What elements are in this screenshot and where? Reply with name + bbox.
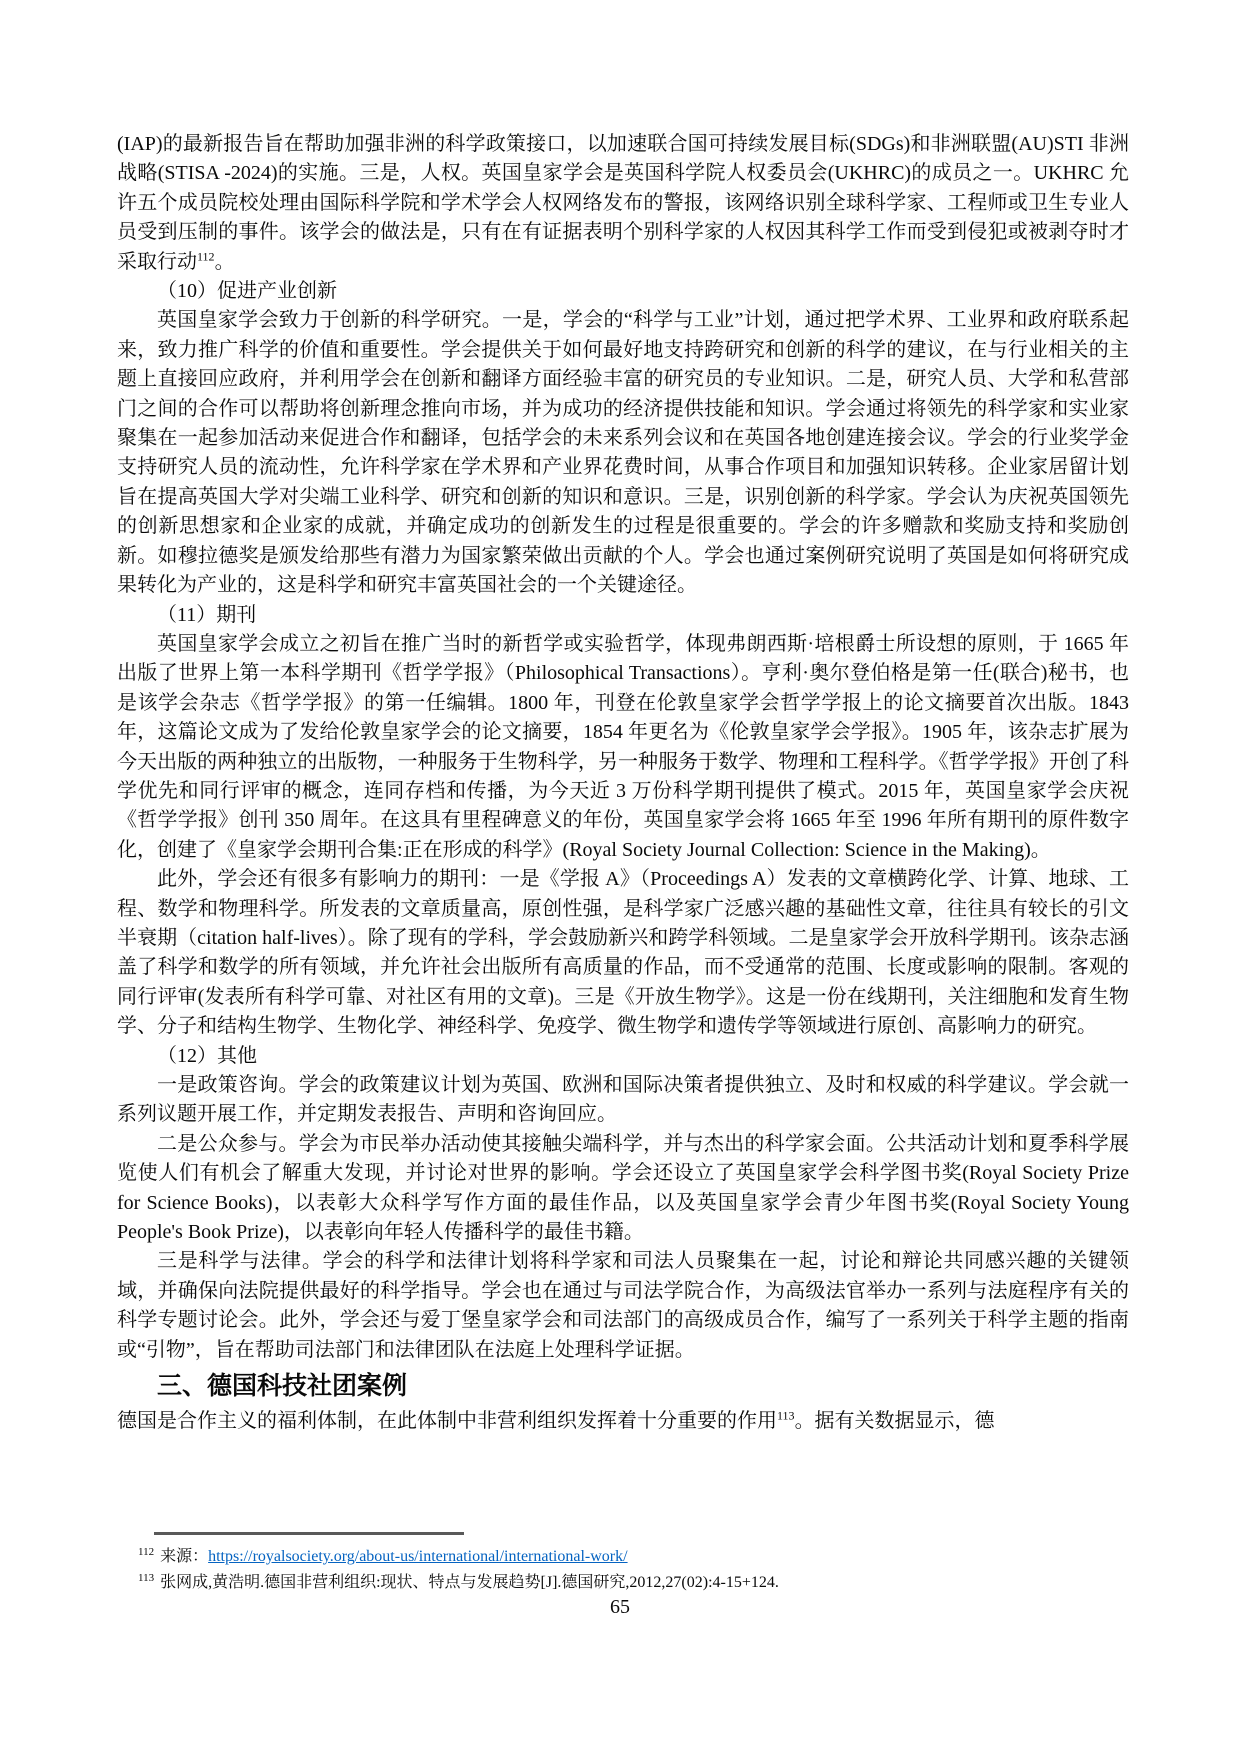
subheading-11-journals: （11）期刊 (117, 601, 1129, 630)
document-page: (IAP)的最新报告旨在帮助加强非洲的科学政策接口，以加速联合国可持续发展目标(… (0, 0, 1240, 1753)
subheading-10-industry-innovation: （10）促进产业创新 (117, 277, 1129, 306)
paragraph-industry-innovation: 英国皇家学会致力于创新的科学研究。一是，学会的“科学与工业”计划，通过把学术界、… (117, 306, 1129, 600)
footnote-area: 112来源：https://royalsociety.org/about-us/… (138, 1532, 1150, 1596)
paragraph-continuation: (IAP)的最新报告旨在帮助加强非洲的科学政策接口，以加速联合国可持续发展目标(… (117, 130, 1129, 277)
paragraph-journals-other: 此外，学会还有很多有影响力的期刊：一是《学报 A》（Proceedings A）… (117, 865, 1129, 1041)
subheading-12-other: （12）其他 (117, 1042, 1129, 1071)
footnote-112: 112来源：https://royalsociety.org/about-us/… (138, 1544, 1150, 1570)
footnote-marker-113: 113 (138, 1572, 154, 1584)
paragraph-science-and-law: 三是科学与法律。学会的科学和法律计划将科学家和司法人员聚集在一起，讨论和辩论共同… (117, 1247, 1129, 1365)
paragraph-text: 。据有关数据显示，德 (795, 1410, 995, 1432)
paragraph-text: 德国是合作主义的福利体制，在此体制中非营利组织发挥着十分重要的作用 (117, 1410, 777, 1432)
body-text: (IAP)的最新报告旨在帮助加强非洲的科学政策接口，以加速联合国可持续发展目标(… (117, 130, 1129, 1436)
footnote-ref-113: 113 (777, 1408, 795, 1422)
paragraph-germany-intro: 德国是合作主义的福利体制，在此体制中非营利组织发挥着十分重要的作用113。据有关… (117, 1407, 1129, 1436)
page-number: 65 (0, 1596, 1240, 1619)
footnote-113: 113张网成,黄浩明.德国非营利组织:现状、特点与发展趋势[J].德国研究,20… (138, 1570, 1150, 1596)
footnote-marker-112: 112 (138, 1546, 154, 1558)
footnote-ref-112: 112 (197, 249, 215, 263)
footnote-hyperlink[interactable]: https://royalsociety.org/about-us/intern… (208, 1548, 627, 1565)
paragraph-journals-history: 英国皇家学会成立之初旨在推广当时的新哲学或实验哲学，体现弗朗西斯·培根爵士所设想… (117, 630, 1129, 865)
paragraph-text: (IAP)的最新报告旨在帮助加强非洲的科学政策接口，以加速联合国可持续发展目标(… (117, 133, 1129, 273)
footnote-separator-rule (154, 1532, 464, 1535)
paragraph-policy-advice: 一是政策咨询。学会的政策建议计划为英国、欧洲和国际决策者提供独立、及时和权威的科… (117, 1071, 1129, 1130)
footnote-citation-text: 张网成,黄浩明.德国非营利组织:现状、特点与发展趋势[J].德国研究,2012,… (160, 1574, 779, 1591)
paragraph-text: 。 (215, 251, 235, 273)
section-heading-germany-cases: 三、德国科技社团案例 (117, 1366, 1129, 1406)
paragraph-public-engagement: 二是公众参与。学会为市民举办活动使其接触尖端科学，并与杰出的科学家会面。公共活动… (117, 1130, 1129, 1248)
footnote-source-label: 来源： (160, 1548, 208, 1565)
